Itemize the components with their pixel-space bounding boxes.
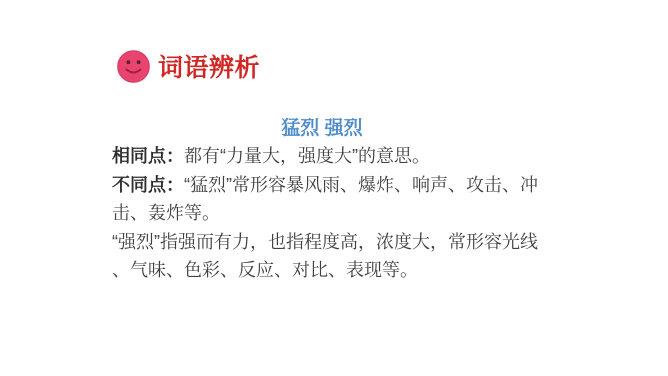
label-same-point: 相同点： bbox=[112, 146, 184, 166]
text-line-diff-cont: 击、轰炸等。 bbox=[112, 199, 582, 228]
text-line-qianglie: “强烈”指强而有力，也指程度高，浓度大，常形容光线 bbox=[112, 228, 582, 257]
label-diff-point: 不同点： bbox=[112, 175, 184, 195]
text-qianglie: “强烈”指强而有力，也指程度高，浓度大，常形容光线 bbox=[112, 232, 538, 252]
slide: 词语辨析 猛烈 强烈 相同点：都有“力量大，强度大”的意思。 不同点：“猛烈”常… bbox=[0, 0, 668, 376]
text-line-same-point: 相同点：都有“力量大，强度大”的意思。 bbox=[112, 142, 582, 171]
text-line-diff-point: 不同点：“猛烈”常形容暴风雨、爆炸、响声、攻击、冲 bbox=[112, 171, 582, 200]
word-pair-title: 猛烈 强烈 bbox=[0, 113, 656, 140]
text-qianglie-cont: 、气味、色彩、反应、对比、表现等。 bbox=[112, 260, 418, 280]
text-line-qianglie-cont: 、气味、色彩、反应、对比、表现等。 bbox=[112, 256, 582, 285]
text-diff-point: “猛烈”常形容暴风雨、爆炸、响声、攻击、冲 bbox=[184, 175, 538, 195]
text-same-point: 都有“力量大，强度大”的意思。 bbox=[184, 146, 430, 166]
smiley-face-icon bbox=[117, 50, 150, 83]
body-text: 相同点：都有“力量大，强度大”的意思。 不同点：“猛烈”常形容暴风雨、爆炸、响声… bbox=[112, 142, 582, 285]
section-header: 词语辨析 bbox=[117, 48, 260, 84]
section-title: 词语辨析 bbox=[158, 48, 260, 84]
text-diff-cont: 击、轰炸等。 bbox=[112, 203, 220, 223]
